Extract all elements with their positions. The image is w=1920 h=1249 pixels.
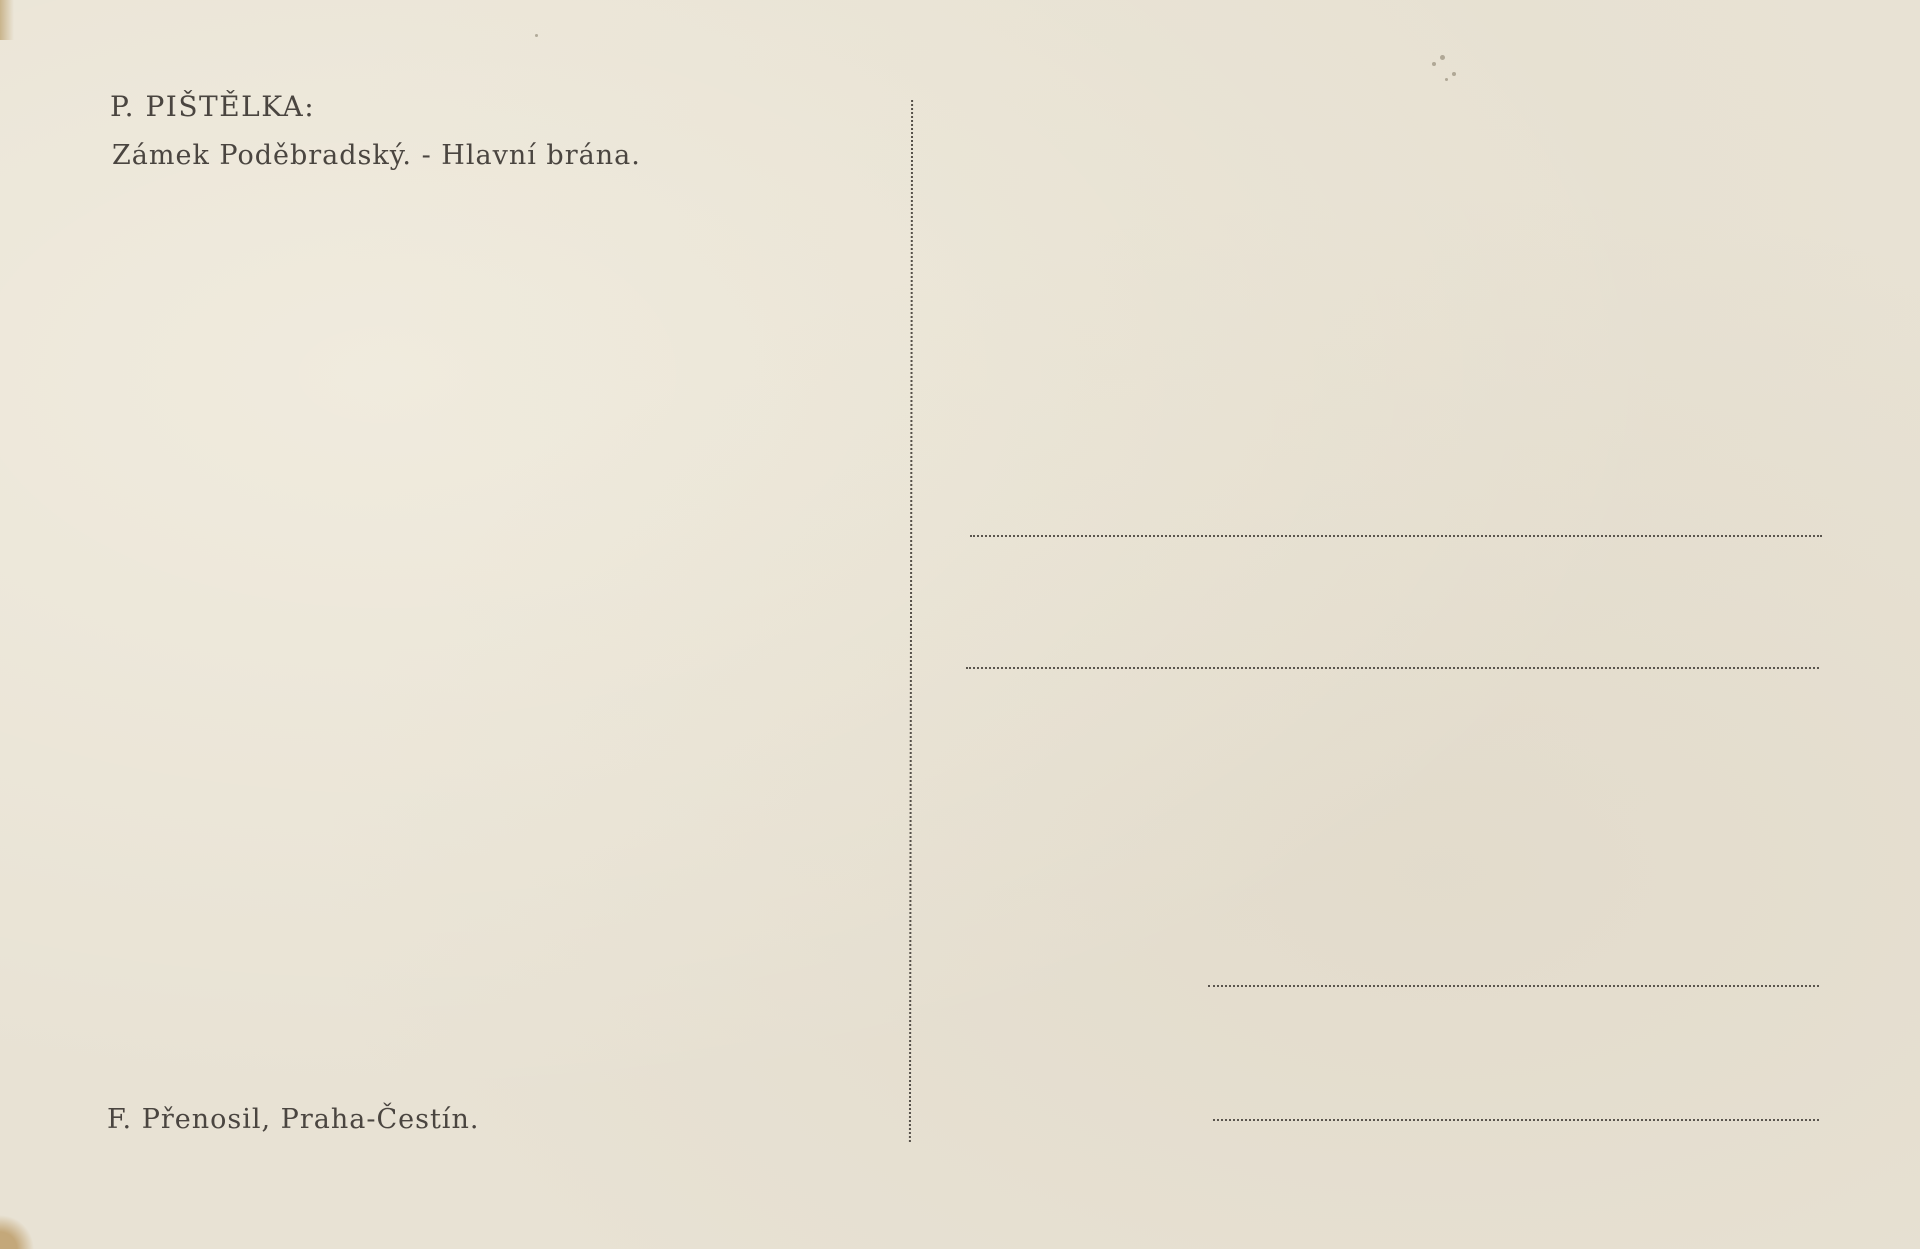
worn-corner-top-left: [0, 0, 14, 40]
address-line-1: [970, 535, 1822, 537]
stain-speck: [1445, 78, 1448, 81]
stain-speck: [1440, 55, 1445, 60]
worn-corner-bottom-left: [0, 1209, 40, 1249]
stain-speck: [1452, 72, 1456, 76]
publisher-imprint: F. Přenosil, Praha-Čestín.: [107, 1104, 479, 1135]
artist-title: P. PIŠTĚLKA:: [110, 90, 315, 123]
image-caption: Zámek Poděbradský. - Hlavní brána.: [112, 140, 641, 171]
center-divider-line: [909, 100, 913, 1142]
address-line-4: [1213, 1119, 1819, 1121]
stain-speck: [535, 34, 538, 37]
postcard-back: P. PIŠTĚLKA: Zámek Poděbradský. - Hlavní…: [0, 0, 1920, 1249]
stain-speck: [1432, 62, 1436, 66]
address-line-3: [1208, 985, 1819, 987]
address-line-2: [966, 667, 1819, 669]
